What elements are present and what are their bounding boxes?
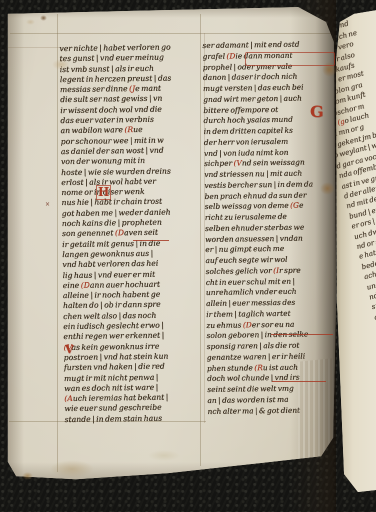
gutter-shadow [290,0,336,512]
ruling-line-top [10,33,332,34]
page-edge-shadow-left [8,0,24,512]
text-column-left: ver nichte | habet verloren gotes gunst … [59,42,205,430]
text-line: stande | in dem stain haus [64,413,205,425]
manuscript-page-recto-edge: us lieb gehaich vnd komdnd vnd auch neig… [334,0,376,512]
manuscript-photo: ver nichte | habet verloren gotes gunst … [0,0,376,512]
recto-text-fragments: us lieb gehaich vnd komdnd vnd auch neig… [334,0,376,404]
ruling-line-left-margin [57,14,58,472]
ruling-line-top-margin [8,47,62,48]
